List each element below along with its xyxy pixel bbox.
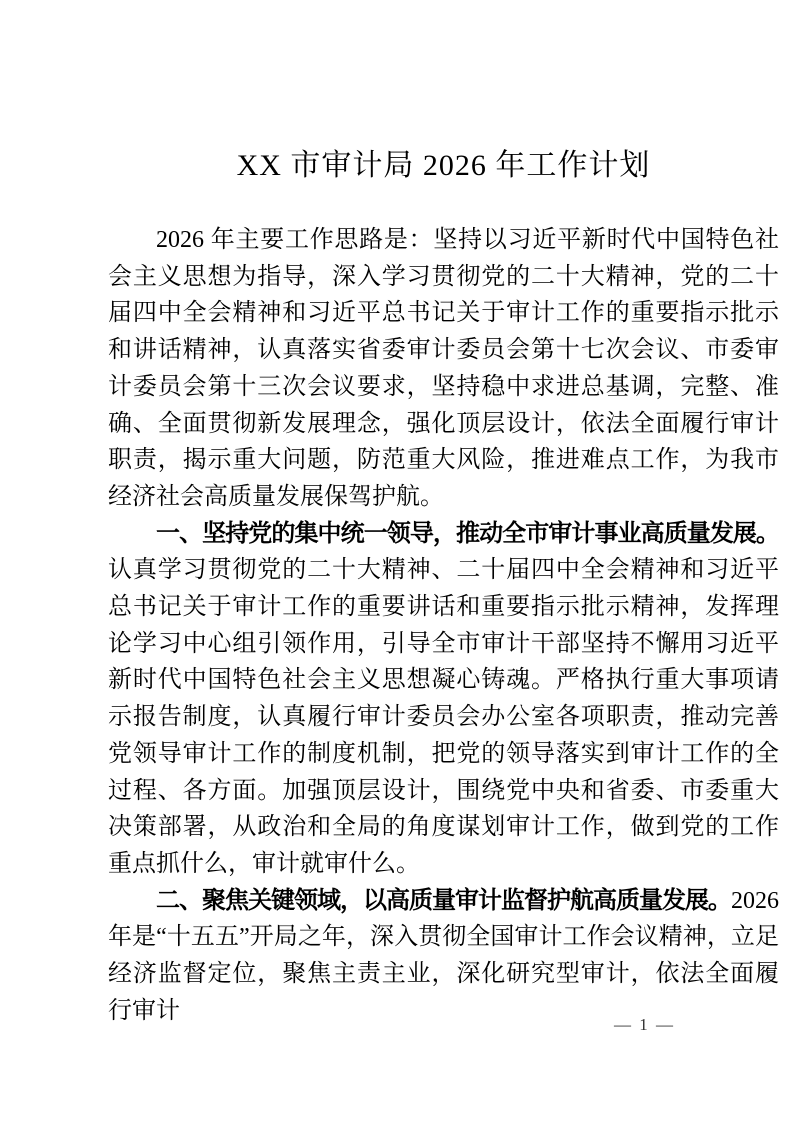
section-1-heading: 一、坚持党的集中统一领导，推动全市审计事业高质量发展。 <box>156 520 779 547</box>
document-title: XX 市审计局 2026 年工作计划 <box>0 0 793 186</box>
paragraph-intro: 2026 年主要工作思路是：坚持以习近平新时代中国特色社会主义思想为指导，深入学… <box>108 222 779 516</box>
document-page: XX 市审计局 2026 年工作计划 2026 年主要工作思路是：坚持以习近平新… <box>0 0 793 1122</box>
paragraph-section-2: 二、聚焦关键领域，以高质量审计监督护航高质量发展。2026 年是“十五五”开局之… <box>108 883 779 1030</box>
section-1-text: 认真学习贯彻党的二十大精神、二十届四中全会精神和习近平总书记关于审计工作的重要讲… <box>108 557 779 877</box>
paragraph-intro-text: 2026 年主要工作思路是：坚持以习近平新时代中国特色社会主义思想为指导，深入学… <box>108 227 779 510</box>
document-body: 2026 年主要工作思路是：坚持以习近平新时代中国特色社会主义思想为指导，深入学… <box>108 222 779 1029</box>
page-number: — 1 — <box>614 1014 675 1036</box>
paragraph-section-1: 一、坚持党的集中统一领导，推动全市审计事业高质量发展。认真学习贯彻党的二十大精神… <box>108 516 779 883</box>
section-2-heading: 二、聚焦关键领域，以高质量审计监督护航高质量发展。 <box>156 887 731 914</box>
